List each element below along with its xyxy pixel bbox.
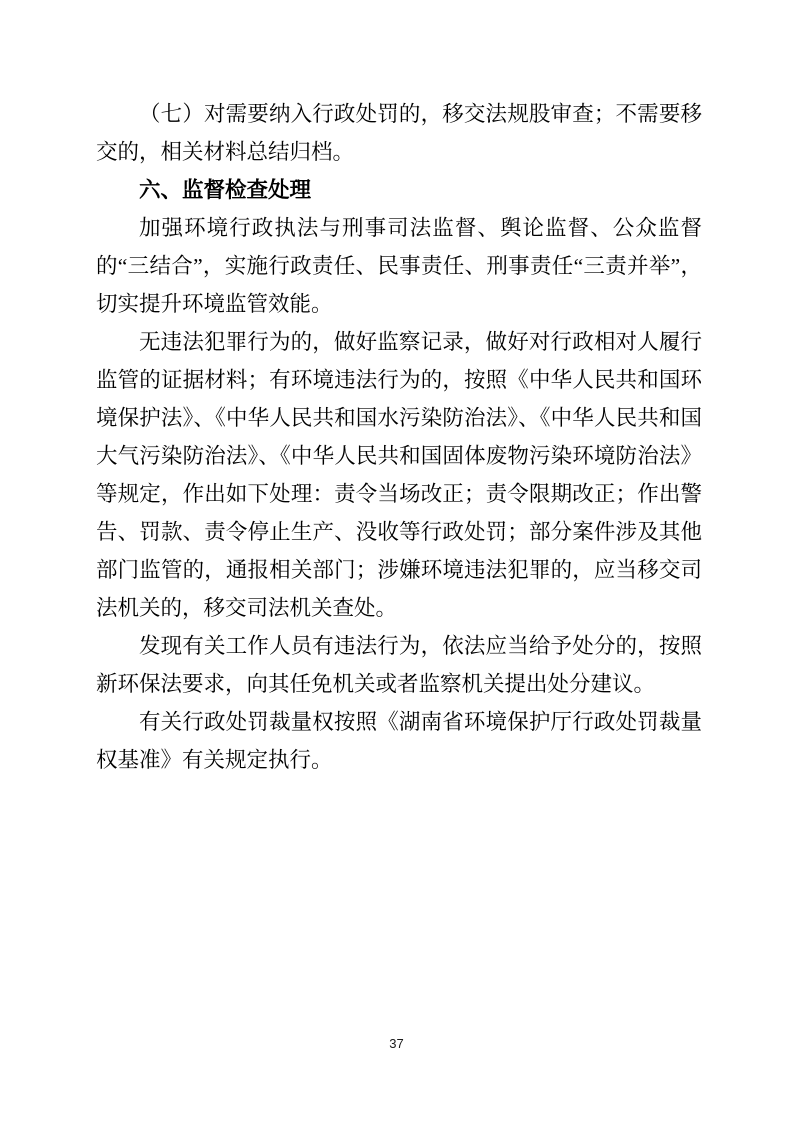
paragraph-three-combinations: 加强环境行政执法与刑事司法监督、舆论监督、公众监督的“三结合”，实施行政责任、民… <box>96 209 702 323</box>
document-body: （七）对需要纳入行政处罚的，移交法规股审查；不需要移交的，相关材料总结归档。六、… <box>96 95 702 779</box>
page-number: 37 <box>0 1036 793 1051</box>
paragraph-discretion-benchmark: 有关行政处罚裁量权按照《湖南省环境保护厅行政处罚裁量权基准》有关规定执行。 <box>96 703 702 779</box>
paragraph-transfer-to-review: （七）对需要纳入行政处罚的，移交法规股审查；不需要移交的，相关材料总结归档。 <box>96 95 702 171</box>
document-page: （七）对需要纳入行政处罚的，移交法规股审查；不需要移交的，相关材料总结归档。六、… <box>0 0 793 1122</box>
paragraph-handling-of-violations: 无违法犯罪行为的，做好监察记录，做好对行政相对人履行监管的证据材料；有环境违法行… <box>96 323 702 627</box>
section-heading-supervision-inspection-handling: 六、监督检查处理 <box>96 171 702 209</box>
paragraph-staff-disciplinary-action: 发现有关工作人员有违法行为，依法应当给予处分的，按照新环保法要求，向其任免机关或… <box>96 627 702 703</box>
